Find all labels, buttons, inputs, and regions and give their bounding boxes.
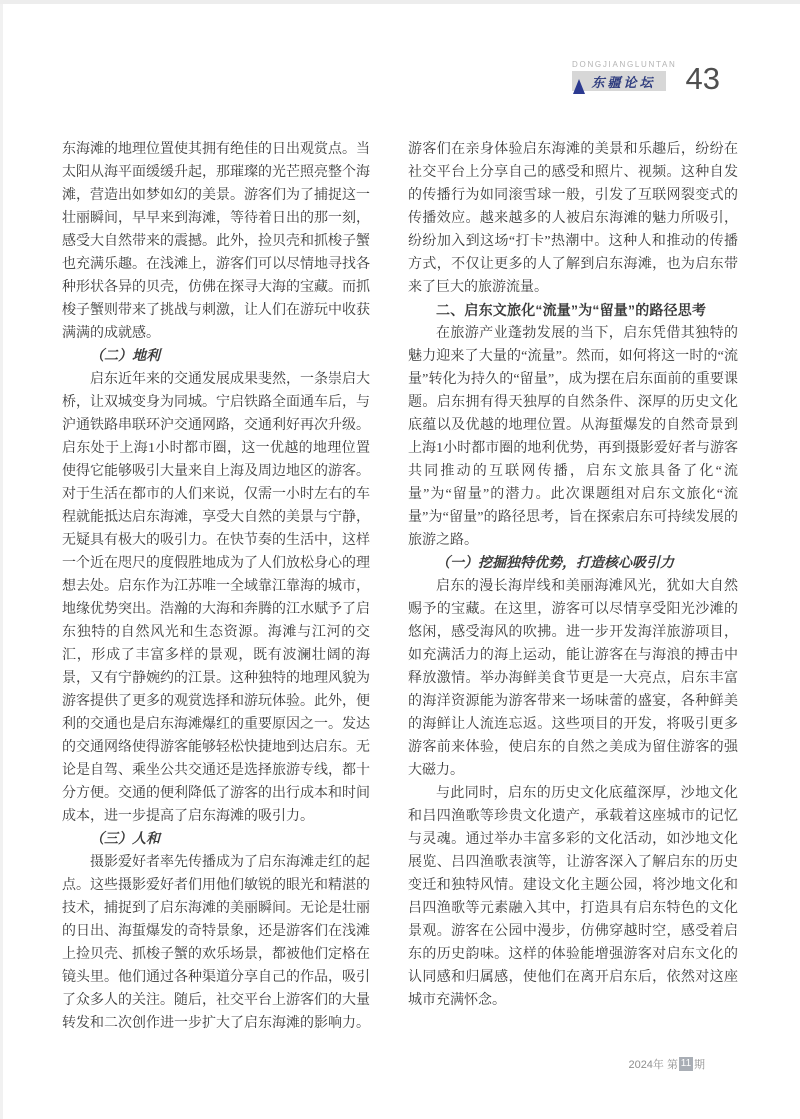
page-number: 43 [686, 63, 720, 94]
subheading-dili: （二）地利 [62, 345, 370, 368]
paragraph-sub1-a: 启东的漫长海岸线和美丽海滩风光，犹如大自然赐予的宝藏。在这里，游客可以尽情享受阳… [408, 575, 738, 782]
journal-logo: DONGJIANGLUNTAN 东疆论坛 [572, 60, 676, 91]
section-heading-2: 二、启东文旅化“流量”为“留量”的路径思考 [408, 299, 738, 322]
journal-page: DONGJIANGLUNTAN 东疆论坛 43 东海滩的地理位置使其拥有绝佳的日… [0, 0, 800, 1119]
journal-name-latin: DONGJIANGLUNTAN [572, 60, 676, 69]
footer-issue-number: 11 [679, 1057, 693, 1071]
footer-year: 2024年 [628, 1056, 663, 1072]
paragraph-continuation: 东海滩的地理位置使其拥有绝佳的日出观赏点。当太阳从海平面缓缓升起，那璀璨的光芒照… [62, 138, 370, 345]
journal-header: DONGJIANGLUNTAN 东疆论坛 43 [572, 60, 720, 91]
footer-issue-info: 2024年 第11期 [628, 1056, 705, 1072]
footer-issue-prefix: 第 [667, 1056, 678, 1072]
paragraph-continuation: 游客们在亲身体验启东海滩的美景和乐趣后，纷纷在社交平台上分享自己的感受和照片、视… [408, 138, 738, 299]
paragraph-sub1-b: 与此同时，启东的历史文化底蕴深厚，沙地文化和吕四渔歌等珍贵文化遗产，承载着这座城… [408, 782, 738, 1012]
triangle-icon [573, 79, 585, 94]
paragraph-section2-intro: 在旅游产业蓬勃发展的当下，启东凭借其独特的魅力迎来了大量的“流量”。然而，如何将… [408, 322, 738, 552]
footer-issue-suffix: 期 [694, 1056, 705, 1072]
journal-logo-bar: 东疆论坛 [572, 71, 666, 91]
subheading-renhe: （三）人和 [62, 828, 370, 851]
right-column: 游客们在亲身体验启东海滩的美景和乐趣后，纷纷在社交平台上分享自己的感受和照片、视… [408, 138, 738, 1012]
paragraph-dili: 启东近年来的交通发展成果斐然，一条崇启大桥，让双城变身为同城。宁启铁路全面通车后… [62, 368, 370, 828]
journal-name-chinese: 东疆论坛 [583, 72, 656, 91]
left-column: 东海滩的地理位置使其拥有绝佳的日出观赏点。当太阳从海平面缓缓升起，那璀璨的光芒照… [62, 138, 370, 1035]
paragraph-renhe: 摄影爱好者率先传播成为了启东海滩走红的起点。这些摄影爱好者们用他们敏锐的眼光和精… [62, 851, 370, 1035]
subheading-unique-advantages: （一）挖掘独特优势，打造核心吸引力 [408, 552, 738, 575]
